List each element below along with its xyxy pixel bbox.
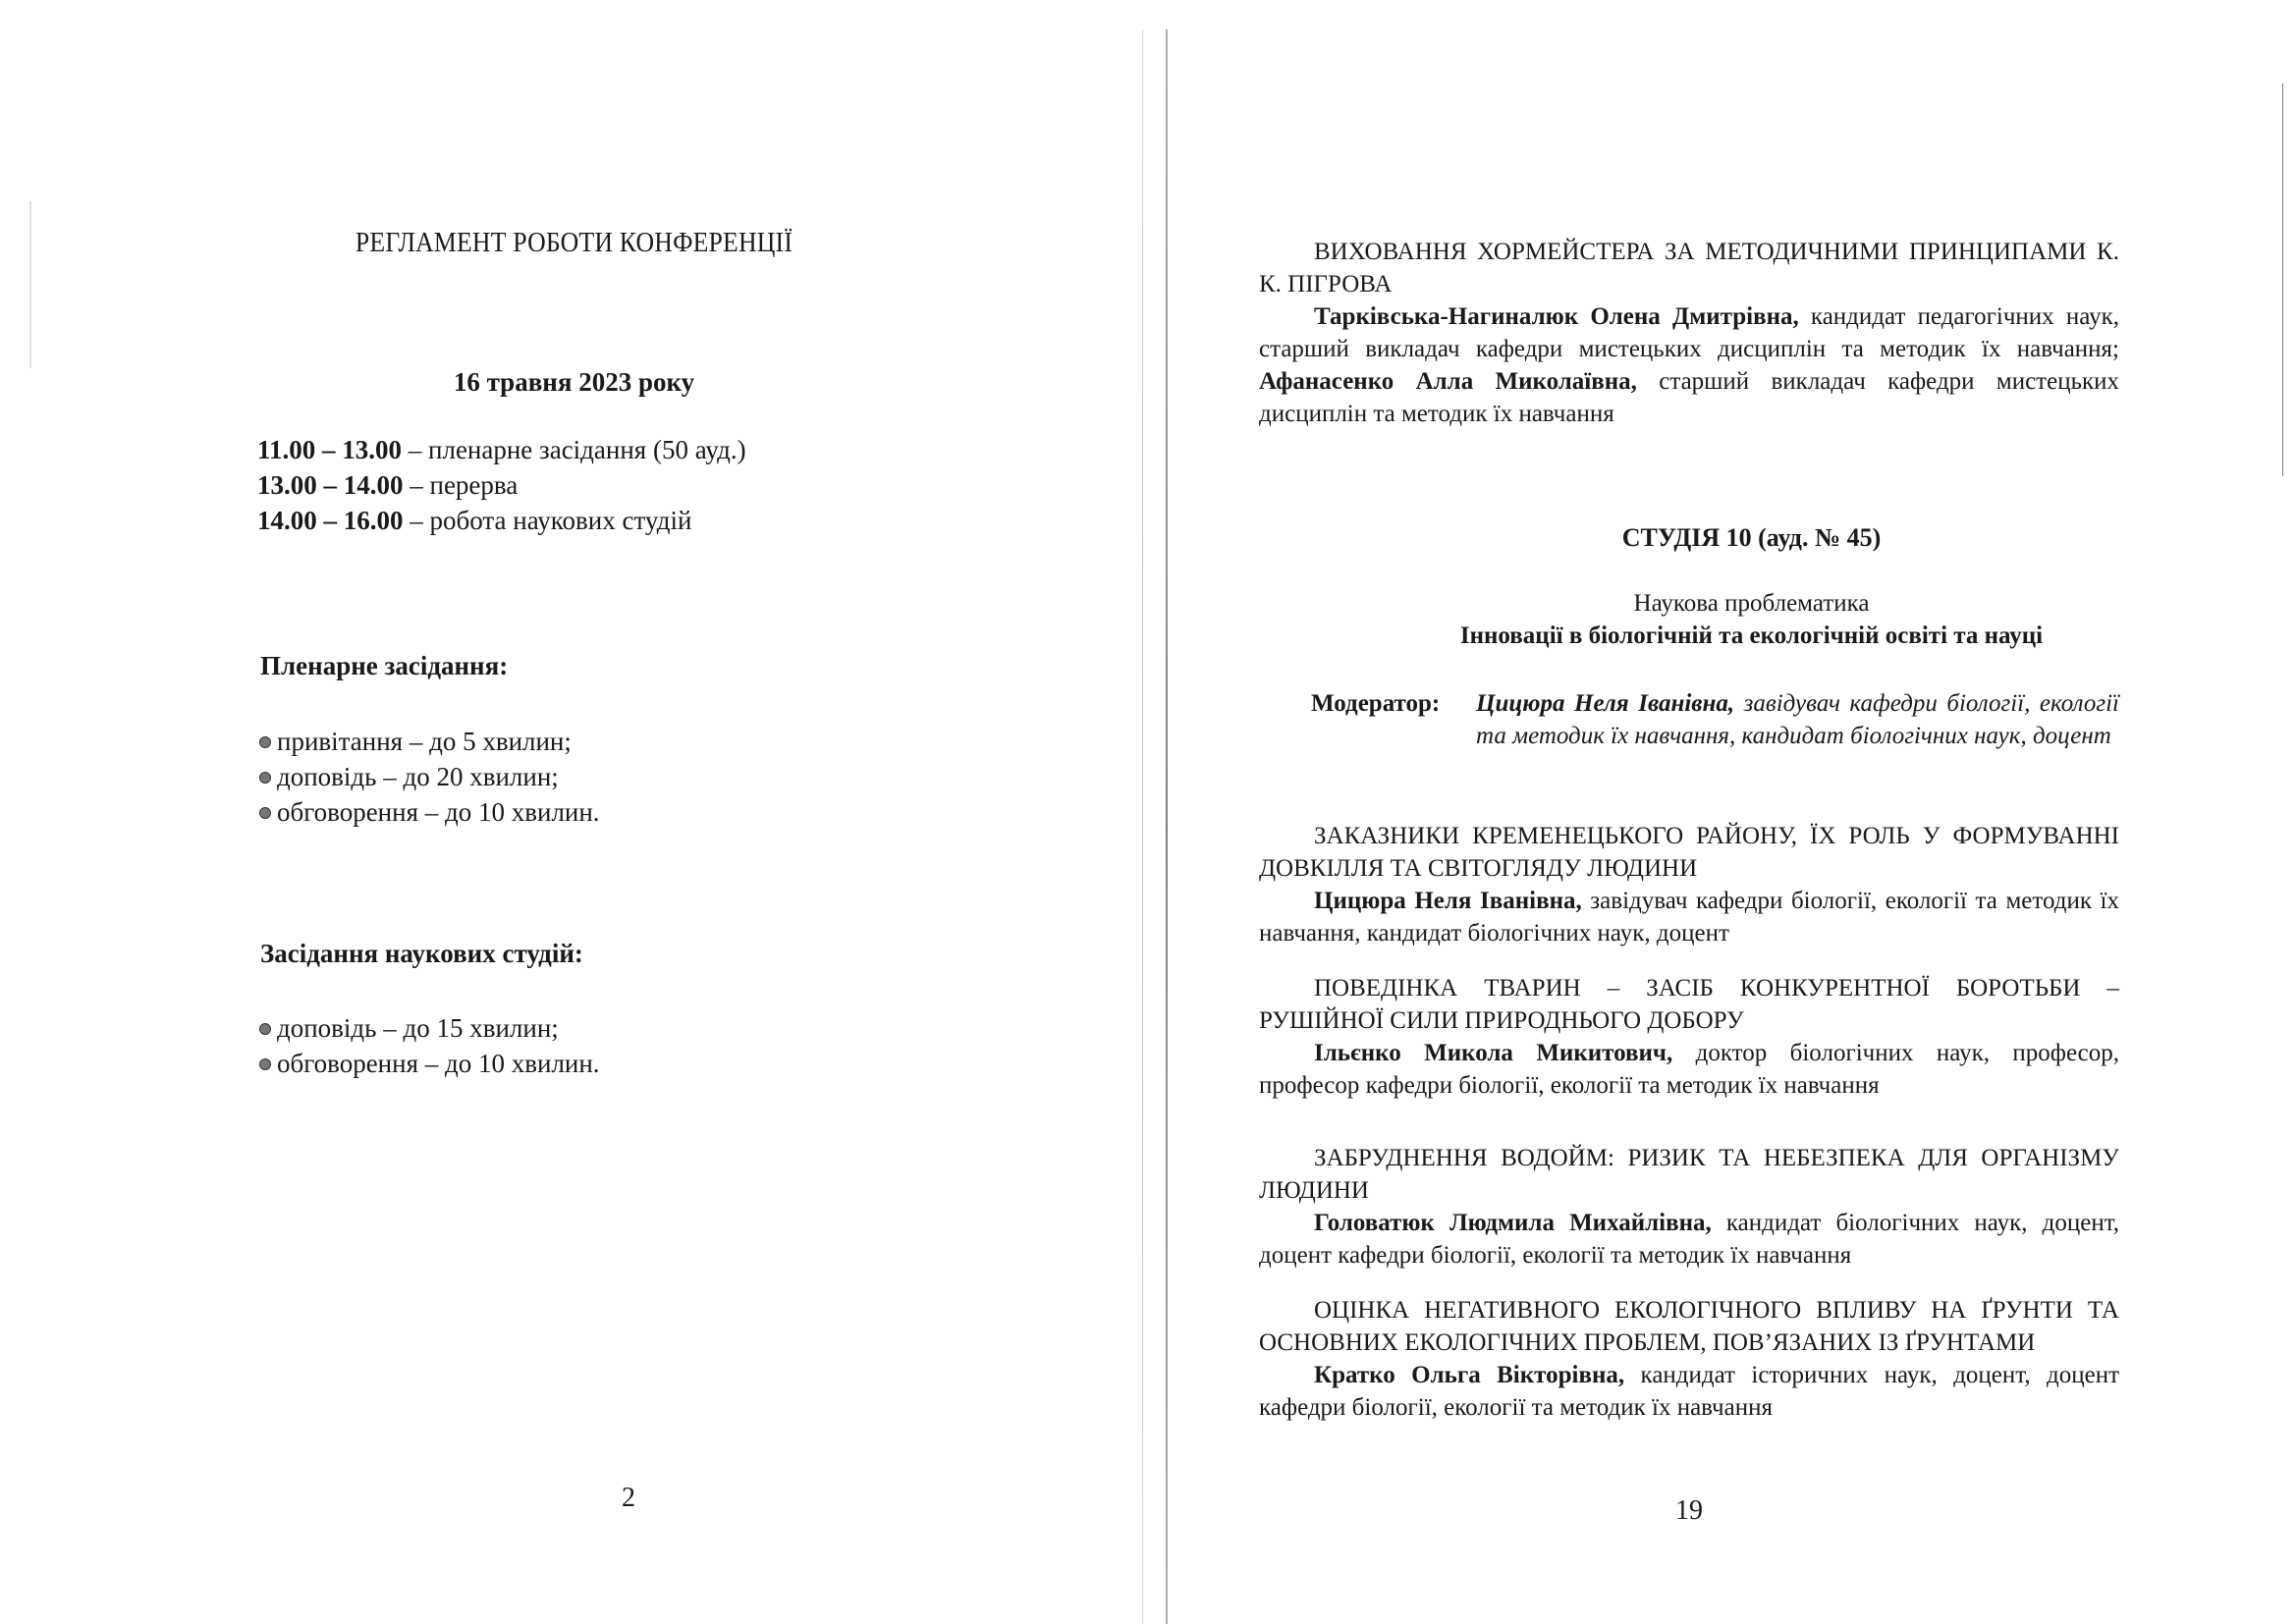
schedule-item: 11.00 – 13.00 – пленарне засідання (50 а…	[257, 432, 746, 467]
presentation-authors: Тарківська-Нагиналюк Олена Дмитрівна, ка…	[1259, 300, 2119, 430]
presentation-entry: ВИХОВАННЯ ХОРМЕЙСТЕРА ЗА МЕТОДИЧНИМИ ПРИ…	[1259, 236, 2119, 430]
left-page: РЕГЛАМЕНТ РОБОТИ КОНФЕРЕНЦІЇ 16 травня 2…	[0, 0, 1148, 1624]
bullet-icon	[259, 807, 271, 819]
presentation-title: ОЦІНКА НЕГАТИВНОГО ЕКОЛОГІЧНОГО ВПЛИВУ Н…	[1259, 1294, 2119, 1359]
moderator-name: Цицюра Неля Іванівна,	[1476, 690, 1734, 717]
presentation-entry: ПОВЕДІНКА ТВАРИН – ЗАСІБ КОНКУРЕНТНОЇ БО…	[1259, 972, 2119, 1102]
bullet-icon	[259, 1023, 271, 1035]
problematic-label: Наукова проблематика	[1148, 590, 2296, 618]
presentation-authors: Ільєнко Микола Микитович, доктор біологі…	[1259, 1037, 2119, 1102]
author-name: Головатюк Людмила Михайлівна,	[1314, 1210, 1712, 1236]
presentation-entry: ЗАКАЗНИКИ КРЕМЕНЕЦЬКОГО РАЙОНУ, ЇХ РОЛЬ …	[1259, 820, 2119, 949]
presentation-title: ПОВЕДІНКА ТВАРИН – ЗАСІБ КОНКУРЕНТНОЇ БО…	[1259, 972, 2119, 1037]
schedule-list: 11.00 – 13.00 – пленарне засідання (50 а…	[257, 432, 746, 538]
presentation-authors: Цицюра Неля Іванівна, завідувач кафедри …	[1259, 885, 2119, 949]
page-edge-line	[2282, 83, 2283, 476]
moderator-block: Модератор: Цицюра Неля Іванівна, завідув…	[1311, 687, 2119, 752]
presentation-entry: ОЦІНКА НЕГАТИВНОГО ЕКОЛОГІЧНОГО ВПЛИВУ Н…	[1259, 1294, 2119, 1424]
schedule-item: 14.00 – 16.00 – робота наукових студій	[257, 503, 746, 538]
moderator-label: Модератор:	[1311, 687, 1440, 720]
moderator-info: Цицюра Неля Іванівна, завідувач кафедри …	[1476, 687, 2119, 752]
conference-date: 16 травня 2023 року	[0, 367, 1148, 398]
list-item: привітання – до 5 хвилин;	[259, 724, 600, 759]
bullet-icon	[259, 1058, 271, 1070]
studios-heading: Засідання наукових студій:	[260, 939, 583, 969]
presentation-authors: Кратко Ольга Вікторівна, кандидат істори…	[1259, 1359, 2119, 1424]
presentation-authors: Головатюк Людмила Михайлівна, кандидат б…	[1259, 1207, 2119, 1272]
page-title: РЕГЛАМЕНТ РОБОТИ КОНФЕРЕНЦІЇ	[46, 228, 1102, 259]
list-item: обговорення – до 10 хвилин.	[259, 794, 600, 830]
page-number: 2	[622, 1483, 635, 1514]
page-number: 19	[1675, 1495, 1703, 1527]
author-name: Ільєнко Микола Микитович,	[1314, 1040, 1672, 1066]
plenary-rules-list: привітання – до 5 хвилин; доповідь – до …	[259, 724, 600, 830]
studio-rules-list: доповідь – до 15 хвилин; обговорення – д…	[259, 1010, 600, 1081]
schedule-item: 13.00 – 14.00 – перерва	[257, 467, 746, 503]
presentation-title: ЗАКАЗНИКИ КРЕМЕНЕЦЬКОГО РАЙОНУ, ЇХ РОЛЬ …	[1259, 820, 2119, 885]
list-item: обговорення – до 10 хвилин.	[259, 1046, 600, 1081]
presentation-entry: ЗАБРУДНЕННЯ ВОДОЙМ: РИЗИК ТА НЕБЕЗПЕКА Д…	[1259, 1142, 2119, 1272]
author-name: Кратко Ольга Вікторівна,	[1314, 1362, 1624, 1388]
author-name: Афанасенко Алла Миколаївна,	[1259, 368, 1637, 395]
presentation-title: ВИХОВАННЯ ХОРМЕЙСТЕРА ЗА МЕТОДИЧНИМИ ПРИ…	[1259, 236, 2119, 300]
bullet-icon	[259, 772, 271, 784]
list-item: доповідь – до 15 хвилин;	[259, 1010, 600, 1046]
plenary-heading: Пленарне засідання:	[260, 651, 508, 681]
author-name: Цицюра Неля Іванівна,	[1314, 888, 1582, 914]
problematic-title: Інновації в біологічній та екологічній о…	[1148, 623, 2296, 650]
author-name: Тарківська-Нагиналюк Олена Дмитрівна,	[1314, 303, 1799, 330]
studio-heading: СТУДІЯ 10 (ауд. № 45)	[1148, 523, 2296, 553]
presentation-title: ЗАБРУДНЕННЯ ВОДОЙМ: РИЗИК ТА НЕБЕЗПЕКА Д…	[1259, 1142, 2119, 1207]
page-spine-line	[1166, 29, 1168, 1624]
bullet-icon	[259, 736, 271, 748]
list-item: доповідь – до 20 хвилин;	[259, 759, 600, 794]
